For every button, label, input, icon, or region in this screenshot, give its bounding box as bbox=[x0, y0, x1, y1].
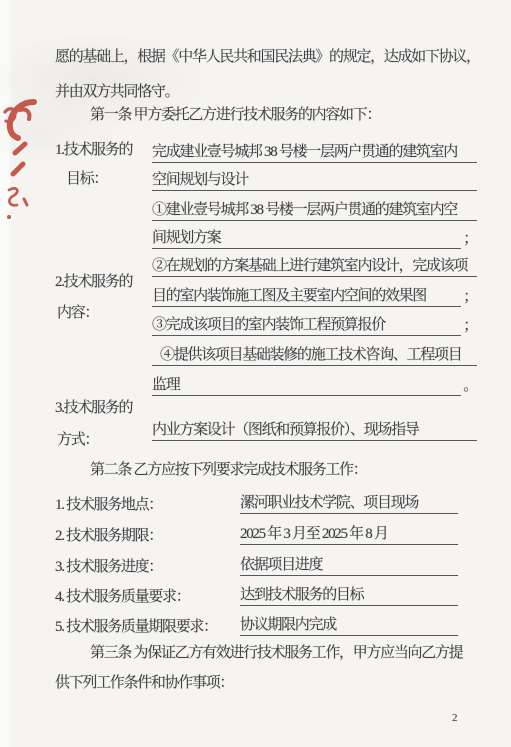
service-content-value-line: ④提供该项目基础装修的施工技术咨询、工程项目 bbox=[152, 338, 477, 366]
service-method-value-line: 内业方案设计（图纸和预算报价）、现场指导 bbox=[152, 413, 477, 441]
service-method-label-line2: 方式： bbox=[57, 430, 98, 450]
service-content-value-line: 间规划方案； bbox=[152, 221, 477, 249]
service-content-value-line: ③完成该项目的室内装饰工程预算报价； bbox=[152, 308, 477, 336]
field-label: 2. 技术服务期限： bbox=[55, 524, 240, 545]
field-underline-value: 依据项目进度 bbox=[240, 553, 458, 576]
field-label: 4. 技术服务质量要求： bbox=[55, 585, 240, 606]
field-underline-value: 达到技术服务的目标 bbox=[240, 583, 458, 606]
service-progress-row: 3. 技术服务进度： 依据项目进度 bbox=[55, 548, 458, 576]
service-content-value-line: ①建业壹号城邦 38 号楼一层两户贯通的建筑室内空 bbox=[152, 193, 477, 221]
article2-heading: 第二条 乙方应按下列要求完成技术服务工作： bbox=[90, 460, 366, 480]
service-quality-row: 4. 技术服务质量要求： 达到技术服务的目标 bbox=[55, 578, 458, 606]
service-goal-value-line: 空间规划与设计 bbox=[152, 163, 477, 191]
article3-line2: 供下列工作条件和协作事项： bbox=[55, 673, 233, 693]
service-quality-term-row: 5. 技术服务质量期限要求： 协议期限内完成 bbox=[55, 608, 458, 636]
service-goal-label-line2: 目标： bbox=[66, 169, 107, 189]
red-seal-stamp-icon bbox=[0, 96, 40, 228]
field-underline-value: 漯河职业技术学院、项目现场 bbox=[240, 491, 458, 514]
service-content-label-line1: 2.技术服务的 bbox=[55, 272, 132, 292]
service-content-value-line: 目的室内装饰施工图及主要室内空间的效果图； bbox=[152, 279, 477, 307]
service-content-label-line2: 内容： bbox=[57, 303, 98, 323]
field-label: 5. 技术服务质量期限要求： bbox=[55, 615, 240, 636]
service-term-row: 2. 技术服务期限： 2025 年 3 月至 2025 年 8 月 bbox=[55, 517, 458, 545]
service-content-value-line: 监理。 bbox=[152, 368, 477, 396]
field-label: 1. 技术服务地点： bbox=[55, 493, 240, 514]
service-content-value-line: ②在规划的方案基础上进行建筑室内设计，完成该项 bbox=[152, 249, 477, 277]
service-method-label-line1: 3.技术服务的 bbox=[55, 398, 132, 418]
field-underline-value: 协议期限内完成 bbox=[240, 613, 458, 636]
contract-scan-page: 愿的基础上，根据《中华人民共和国民法典》的规定，达成如下协议， 并由双方共同恪守… bbox=[0, 0, 511, 747]
field-label: 3. 技术服务进度： bbox=[55, 555, 240, 576]
service-goal-value-line: 完成建业壹号城邦 38 号楼一层两户贯通的建筑室内 bbox=[152, 135, 477, 163]
intro-line-2: 并由双方共同恪守。 bbox=[55, 82, 178, 102]
service-goal-label-line1: 1.技术服务的 bbox=[55, 140, 132, 160]
page-number: 2 bbox=[452, 708, 458, 728]
field-underline-value: 2025 年 3 月至 2025 年 8 月 bbox=[240, 522, 458, 545]
article1-heading: 第一条 甲方委托乙方进行技术服务的内容如下： bbox=[90, 105, 380, 125]
article3-line1: 第三条 为保证乙方有效进行技术服务工作，甲方应当向乙方提 bbox=[90, 643, 462, 663]
intro-line-1: 愿的基础上，根据《中华人民共和国民法典》的规定，达成如下协议， bbox=[55, 47, 480, 67]
service-location-row: 1. 技术服务地点： 漯河职业技术学院、项目现场 bbox=[55, 486, 458, 514]
